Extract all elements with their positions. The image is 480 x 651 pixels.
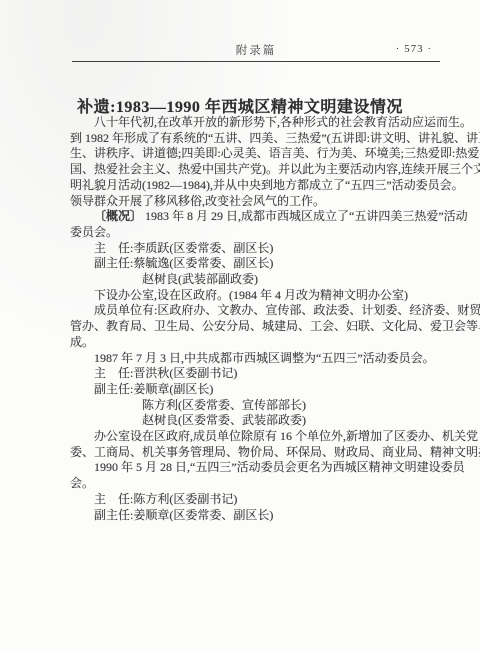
text-line-content: 1990 年 5 月 28 日,“五四三”活动委员会更名为西城区精神文明建设委员 [94, 460, 465, 474]
text-line: 生、讲秩序、讲道德;四美即:心灵美、语言美、行为美、环境美;三热爱即:热爱祖 [70, 146, 442, 162]
text-line-content: 副主任:蔡毓逸(区委常委、副区长) [94, 256, 273, 270]
text-line: 副主任:姜顺章(副区长) [70, 382, 442, 398]
article-body: 八十年代初,在改革开放的新形势下,各种形式的社会教育活动应运而生。到 1982 … [70, 115, 442, 523]
text-line-content: 下设办公室,设在区政府。(1984 年 4 月改为精神文明办公室) [94, 288, 408, 302]
text-line: 主 任:李质跃(区委常委、副区长) [70, 241, 442, 257]
text-line: 主 任:晋洪秋(区委副书记) [70, 366, 442, 382]
text-line-content: 赵树良(武装部副政委) [142, 272, 258, 286]
text-line: 副主任:蔡毓逸(区委常委、副区长) [70, 256, 442, 272]
text-line: 赵树良(武装部副政委) [70, 272, 442, 288]
text-line: 会。 [70, 476, 442, 492]
text-line: 委员会。 [70, 225, 442, 241]
text-line: 〔概况〕 1983 年 8 月 29 日,成都市西城区成立了“五讲四美三热爱”活… [70, 209, 442, 225]
text-line-content: 到 1982 年形成了有系统的“五讲、四美、三热爱”(五讲即:讲文明、讲礼貌、讲… [70, 131, 480, 145]
text-line: 副主任:姜顺章(区委常委、副区长) [70, 508, 442, 524]
text-line-content: 委、工商局、机关事务管理局、物价局、环保局、财政局、商业局、精神文明办。 [70, 445, 480, 459]
page-number: · 573 · [396, 43, 432, 55]
text-line: 下设办公室,设在区政府。(1984 年 4 月改为精神文明办公室) [70, 288, 442, 304]
text-line: 陈方利(区委常委、宣传部部长) [70, 398, 442, 414]
text-line: 明礼貌月活动(1982—1984),并从中央到地方都成立了“五四三”活动委员会。 [70, 178, 442, 194]
text-line: 成。 [70, 335, 442, 351]
text-line: 办公室设在区政府,成员单位除原有 16 个单位外,新增加了区委办、机关党 [70, 429, 442, 445]
text-line-content: 国、热爱社会主义、热爱中国共产党)。并以此为主要活动内容,连续开展三个文 [70, 162, 480, 176]
text-line-content: 副主任:姜顺章(区委常委、副区长) [94, 508, 273, 522]
running-head: 附录篇 · 573 · [72, 40, 440, 62]
text-line-content: 副主任:姜顺章(副区长) [94, 382, 213, 396]
text-line-content: 管办、教育局、卫生局、公安分局、城建局、工会、妇联、文化局、爱卫会等单位组 [70, 319, 480, 333]
text-line: 1987 年 7 月 3 日,中共成都市西城区调整为“五四三”活动委员会。 [70, 351, 442, 367]
text-line: 管办、教育局、卫生局、公安分局、城建局、工会、妇联、文化局、爱卫会等单位组 [70, 319, 442, 335]
text-line: 委、工商局、机关事务管理局、物价局、环保局、财政局、商业局、精神文明办。 [70, 445, 442, 461]
text-line-content: 赵树良(区委常委、武装部政委) [142, 413, 306, 427]
text-line-content: 成。 [70, 335, 94, 349]
article-title: 补遗:1983—1990 年西城区精神文明建设情况 [40, 94, 440, 117]
text-line: 八十年代初,在改革开放的新形势下,各种形式的社会教育活动应运而生。 [70, 115, 442, 131]
text-line-content: 主 任:李质跃(区委常委、副区长) [94, 241, 273, 255]
text-line-content: 陈方利(区委常委、宣传部部长) [142, 398, 306, 412]
text-line: 成员单位有:区政府办、文教办、宣传部、政法委、计划委、经济委、财贸办、城 [70, 303, 442, 319]
text-line-content: 八十年代初,在改革开放的新形势下,各种形式的社会教育活动应运而生。 [94, 115, 472, 129]
text-line: 领导群众开展了移风移俗,改变社会风气的工作。 [70, 194, 442, 210]
text-line-content: 领导群众开展了移风移俗,改变社会风气的工作。 [70, 194, 325, 208]
text-line-content: 成员单位有:区政府办、文教办、宣传部、政法委、计划委、经济委、财贸办、城 [94, 303, 480, 317]
text-line-content: 办公室设在区政府,成员单位除原有 16 个单位外,新增加了区委办、机关党 [94, 429, 478, 443]
text-line: 到 1982 年形成了有系统的“五讲、四美、三热爱”(五讲即:讲文明、讲礼貌、讲… [70, 131, 442, 147]
text-line: 国、热爱社会主义、热爱中国共产党)。并以此为主要活动内容,连续开展三个文 [70, 162, 442, 178]
text-line-content: 生、讲秩序、讲道德;四美即:心灵美、语言美、行为美、环境美;三热爱即:热爱祖 [70, 146, 480, 160]
text-line-content: 主 任:陈方利(区委副书记) [94, 492, 237, 506]
text-line-content: 会。 [70, 476, 94, 490]
text-line: 1990 年 5 月 28 日,“五四三”活动委员会更名为西城区精神文明建设委员 [70, 460, 442, 476]
text-line: 主 任:陈方利(区委副书记) [70, 492, 442, 508]
running-head-section-title: 附录篇 [72, 42, 440, 58]
text-line: 赵树良(区委常委、武装部政委) [70, 413, 442, 429]
scanned-book-page: 附录篇 · 573 · 补遗:1983—1990 年西城区精神文明建设情况 八十… [0, 0, 480, 651]
text-line-content: 委员会。 [70, 225, 118, 239]
text-line-content: 1987 年 7 月 3 日,中共成都市西城区调整为“五四三”活动委员会。 [94, 351, 435, 365]
paragraph-heading-label: 〔概况〕 [94, 209, 142, 223]
text-line-content: 主 任:晋洪秋(区委副书记) [94, 366, 237, 380]
text-line-content: 明礼貌月活动(1982—1984),并从中央到地方都成立了“五四三”活动委员会。 [70, 178, 464, 192]
text-line-content: 1983 年 8 月 29 日,成都市西城区成立了“五讲四美三热爱”活动 [142, 209, 468, 223]
